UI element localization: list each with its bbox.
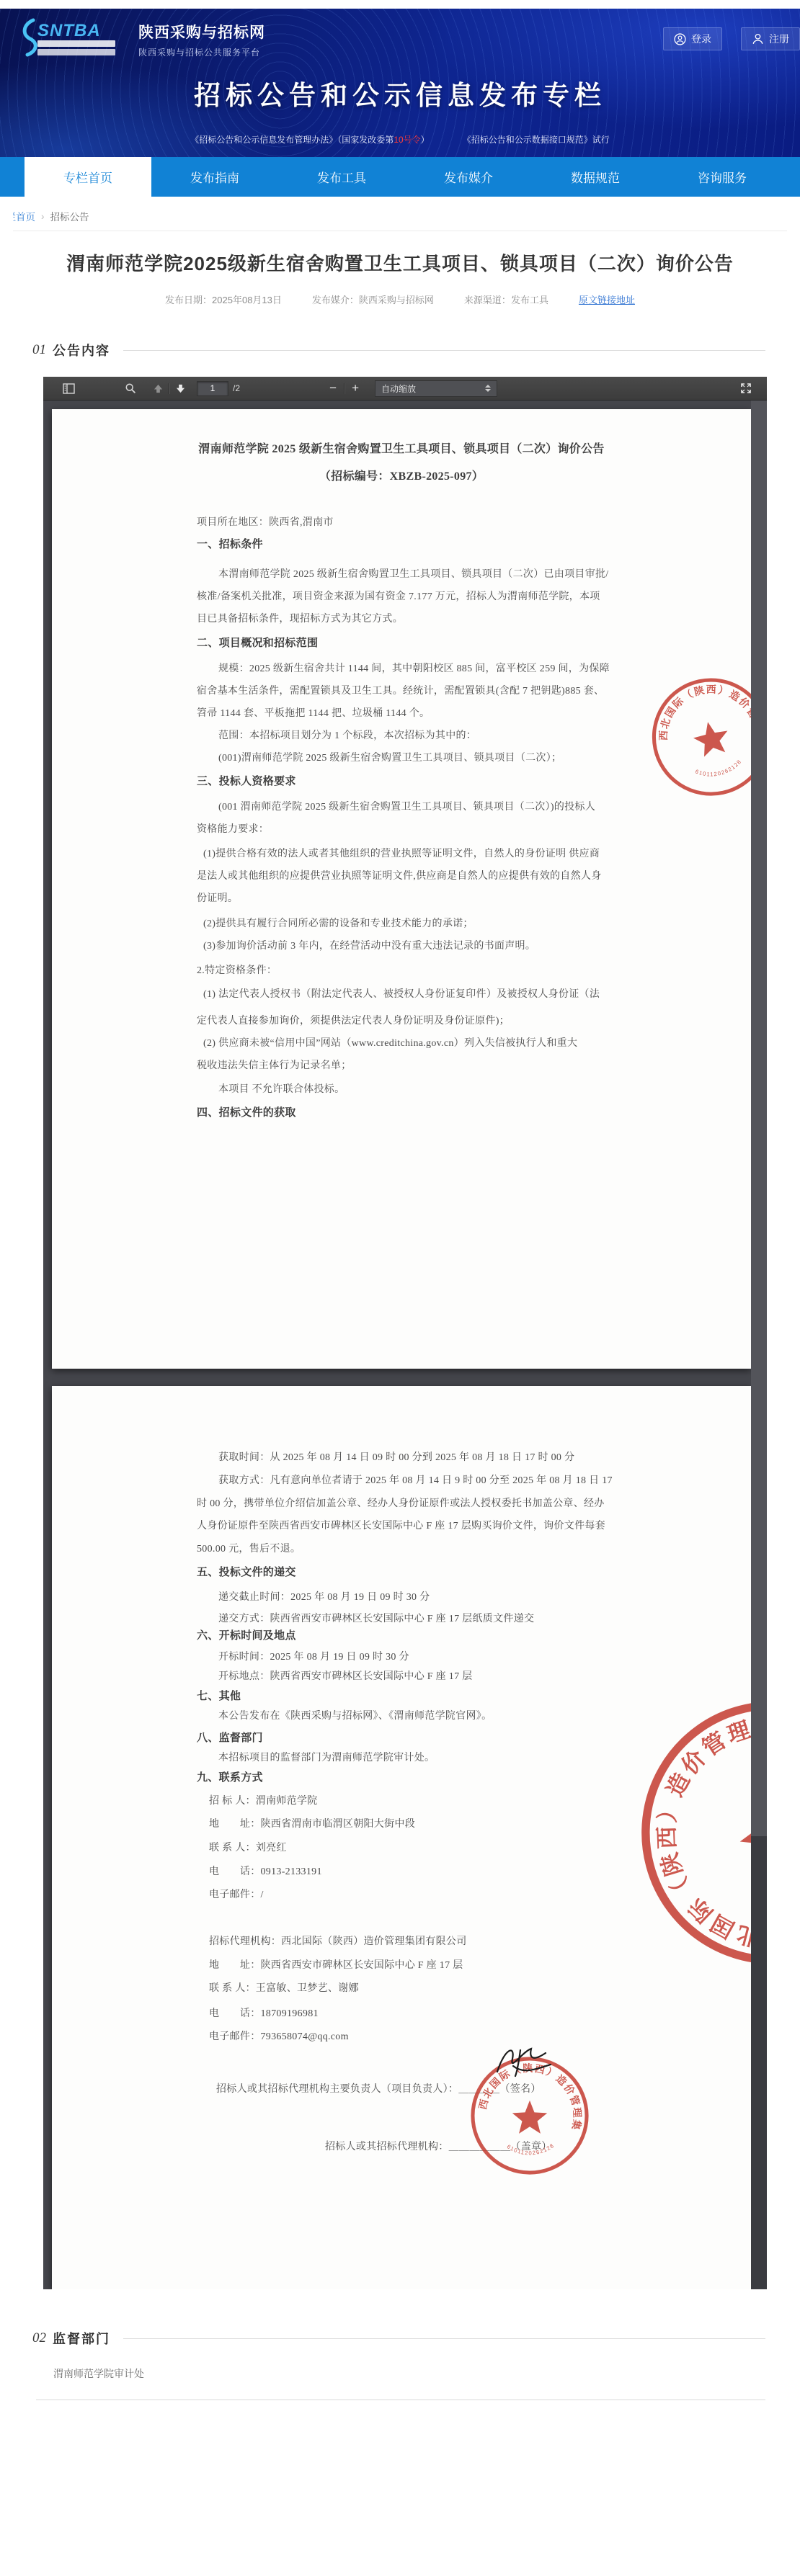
section-announcement-content: 01 公告内容 (32, 341, 800, 359)
top-white-strip (0, 0, 800, 9)
site-subtitle: 陕西采购与招标公共服务平台 (138, 46, 265, 58)
doc-line: 电 话：0913-2133191 (209, 1861, 751, 1882)
doc-line: 地 址：陕西省渭南市临渭区朝阳大街中段 (209, 1814, 751, 1835)
login-button[interactable]: 登录 (663, 27, 722, 50)
main-nav: 专栏首页发布指南发布工具发布媒介数据规范咨询服务 (0, 157, 800, 197)
doc-line: (2) 供应商未被“信用中国”网站（www.creditchina.gov.cn… (203, 1032, 751, 1055)
supervision-department-value: 渭南师范学院审计处 (53, 2366, 800, 2381)
nav-item-专栏首页[interactable]: 专栏首页 (25, 157, 151, 197)
scrollbar-thumb[interactable] (751, 401, 767, 1836)
banner-link-data-interface-spec[interactable]: 《招标公告和公示数据接口规范》试行 (463, 133, 610, 146)
pdf-page-2: 获取时间：从 2025 年 08 月 14 日 09 时 00 分到 2025 … (52, 1386, 751, 2289)
select-carets-icon (485, 385, 491, 392)
section-rule (123, 2338, 765, 2339)
logo-graphic-icon: SNTBA (20, 17, 134, 59)
page-number-input[interactable]: 1 (197, 381, 228, 396)
section-title: 监督部门 (53, 2329, 110, 2348)
bottom-divider (36, 2400, 765, 2400)
breadcrumb-current: 招标公告 (50, 209, 89, 223)
doc-line: 招标代理机构：西北国际（陕西）造价管理集团有限公司 (209, 1931, 751, 1952)
nav-item-数据规范[interactable]: 数据规范 (532, 157, 659, 197)
doc-line: (001)渭南师范学院 2025 级新生宿舍购置卫生工具项目、锁具项目（二次）； (218, 747, 751, 769)
breadcrumb: 专栏首页 › 招标公告 (13, 209, 800, 223)
doc-line: 规模：2025 级新生宿舍共计 1144 间，其中朝阳校区 885 间，富平校区… (218, 658, 751, 680)
doc-line: 人身份证原件至陕西省西安市碑林区长安国际中心 F 座 17 层购买询价文件，询价… (197, 1516, 751, 1537)
doc-line: 二、项目概况和招标范围 (197, 632, 751, 655)
page-count: /2 (233, 383, 240, 393)
doc-line: 500.00 元，售后不退。 (197, 1539, 751, 1560)
nav-item-咨询服务[interactable]: 咨询服务 (659, 157, 786, 197)
section-rule (123, 350, 765, 351)
zoom-in-icon[interactable]: + (347, 380, 363, 396)
doc-line: 核准/备案机关批准，项目资金来源为国有资金 7.177 万元，招标人为渭南师范学… (197, 586, 751, 608)
doc-line: 三、投标人资格要求 (197, 771, 751, 793)
pdf-toolbar: 1 /2 − + 自动缩放 (43, 377, 767, 401)
doc-line: (1)提供合格有效的法人或者其他组织的营业执照等证明文件，自然人的身份证明 供应… (203, 843, 751, 865)
doc-line: 招标人或其招标代理机构：＿＿＿＿＿＿（盖章） (325, 2137, 751, 2157)
site-header: SNTBA 陕西采购与招标网 陕西采购与招标公共服务平台 登录 (0, 9, 800, 157)
doc-line: 招标人或其招标代理机构主要负责人（项目负责人）：＿＿＿＿（签名） (216, 2079, 751, 2100)
doc-line: 电 话：18709196981 (209, 2003, 751, 2024)
source-channel: 来源渠道：发布工具 (464, 292, 548, 306)
section-supervision-department: 02 监督部门 (32, 2329, 800, 2348)
site-name: 陕西采购与招标网 (138, 21, 265, 43)
doc-line: (001 渭南师范学院 2025 级新生宿舍购置卫生工具项目、锁具项目（二次）)… (218, 796, 751, 818)
banner-link-management-measures[interactable]: 《招标公告和公示信息发布管理办法》（国家发改委第10号令） (190, 133, 429, 146)
doc-line: 四、招标文件的获取 (197, 1102, 751, 1124)
doc-line: 联 系 人：刘亮红 (209, 1838, 751, 1859)
doc-line: 招 标 人：渭南师范学院 (209, 1791, 751, 1812)
doc-line: 开标时间：2025 年 08 月 19 日 09 时 30 分 (218, 1647, 751, 1668)
toolbar-divider (344, 383, 345, 394)
doc-line: 2.特定资格条件： (197, 960, 751, 982)
register-person-icon (752, 33, 764, 45)
pdf-viewer: 1 /2 − + 自动缩放 渭南师范学院 2025 级新生宿舍购置卫生工具项目、… (43, 377, 767, 2289)
doc-line: 获取方式：凡有意向单位者请于 2025 年 08 月 14 日 9 时 00 分… (218, 1470, 751, 1491)
doc-line: 范围：本招标项目划分为 1 个标段，本次招标为其中的： (218, 725, 751, 747)
doc-line: 地 址：陕西省西安市碑林区长安国际中心 F 座 17 层 (209, 1955, 751, 1976)
doc-page2-lines: 获取时间：从 2025 年 08 月 14 日 09 时 00 分到 2025 … (52, 1447, 751, 2157)
publish-date: 发布日期：2025年08月13日 (165, 292, 282, 306)
doc-line: (3)参加询价活动前 3 年内，在经营活动中没有重大违法记录的书面声明。 (203, 935, 751, 957)
origin-link[interactable]: 原文链接地址 (579, 292, 635, 306)
sidebar-toggle-icon[interactable] (61, 380, 76, 396)
article-meta: 发布日期：2025年08月13日 发布媒介：陕西采购与招标网 来源渠道：发布工具… (0, 292, 800, 306)
doc-line: 九、联系方式 (197, 1768, 751, 1789)
doc-line: 目已具备招标条件，现招标方式为其它方式。 (197, 608, 751, 630)
doc-line: 递交截止时间：2025 年 08 月 19 日 09 时 30 分 (218, 1587, 751, 1608)
doc-line: 笤帚 1144 套、平板拖把 1144 把、垃圾桶 1144 个。 (197, 702, 751, 725)
toolbar-divider (169, 383, 169, 394)
zoom-out-icon[interactable]: − (325, 380, 341, 396)
doc-line: 五、投标文件的递交 (197, 1562, 751, 1583)
breadcrumb-home-link[interactable]: 专栏首页 (13, 209, 35, 223)
doc-line: 项目所在地区：陕西省,渭南市 (197, 511, 751, 534)
doc-line: 联 系 人：王富敏、卫梦艺、谢娜 (209, 1978, 751, 1999)
doc-line: 本公告发布在《陕西采购与招标网》、《渭南师范学院官网》。 (218, 1706, 751, 1727)
site-logo[interactable]: SNTBA 陕西采购与招标网 陕西采购与招标公共服务平台 (20, 17, 265, 59)
section-number: 02 (32, 2330, 46, 2346)
doc-line: 八、监督部门 (197, 1728, 751, 1749)
section-title: 公告内容 (53, 341, 110, 359)
login-person-circle-icon (674, 33, 686, 45)
nav-item-发布工具[interactable]: 发布工具 (278, 157, 405, 197)
banner-title: 招标公告和公示信息发布专栏 (0, 73, 800, 112)
doc-line: 税收违法失信主体行为记录名单； (197, 1055, 751, 1077)
pdf-page-1: 渭南师范学院 2025 级新生宿舍购置卫生工具项目、锁具项目（二次）询价公告（招… (52, 409, 751, 1369)
page-title: 渭南师范学院2025级新生宿舍购置卫生工具项目、锁具项目（二次）询价公告 (29, 249, 771, 276)
doc-line: 七、其他 (197, 1686, 751, 1707)
doc-line: 开标地点：陕西省西安市碑林区长安国际中心 F 座 17 层 (218, 1666, 751, 1687)
svg-text:SNTBA: SNTBA (37, 21, 101, 40)
zoom-mode-select[interactable]: 自动缩放 (375, 380, 497, 397)
publish-media: 发布媒介：陕西采购与招标网 (312, 292, 434, 306)
search-icon[interactable] (123, 380, 138, 396)
doc-line: 本渭南师范学院 2025 级新生宿舍购置卫生工具项目、锁具项目（二次）已由项目审… (218, 563, 751, 586)
doc-line: 渭南师范学院 2025 级新生宿舍购置卫生工具项目、锁具项目（二次）询价公告 (52, 437, 751, 462)
previous-page-icon[interactable] (150, 380, 166, 396)
fullscreen-icon[interactable] (738, 380, 754, 396)
doc-line: 是法人或其他组织的应提供营业执照等证明文件,供应商是自然人的应提供有效的自然人身 (197, 865, 751, 887)
doc-line: 宿舍基本生活条件，需配置锁具及卫生工具。经统计，需配置锁具(含配 7 把钥匙)8… (197, 680, 751, 702)
breadcrumb-divider (13, 231, 787, 231)
doc-line: 电子邮件：793658074@qq.com (209, 2026, 751, 2047)
doc-line: （招标编号：XBZB-2025-097） (52, 464, 751, 490)
next-page-icon[interactable] (172, 380, 188, 396)
doc-line: (2)提供具有履行合同所必需的设备和专业技术能力的承诺； (203, 913, 751, 935)
doc-line: 时 00 分，携带单位介绍信加盖公章、经办人身份证原件或法人授权委托书加盖公章、… (197, 1493, 751, 1514)
doc-line: 电子邮件：/ (209, 1884, 751, 1905)
doc-line: 本项目 不允许联合体投标。 (218, 1078, 751, 1101)
doc-line: (1) 法定代表人授权书（附法定代表人、被授权人身份证复印件）及被授权人身份证（… (203, 983, 751, 1006)
doc-line: 资格能力要求： (197, 818, 751, 841)
register-button[interactable]: 注册 (741, 27, 800, 50)
doc-line: 一、招标条件 (197, 534, 751, 556)
nav-item-发布指南[interactable]: 发布指南 (151, 157, 278, 197)
doc-page1-lines: 渭南师范学院 2025 级新生宿舍购置卫生工具项目、锁具项目（二次）询价公告（招… (52, 437, 751, 1124)
section-number: 01 (32, 342, 46, 358)
doc-line: 份证明。 (197, 887, 751, 910)
pdf-canvas-area: 渭南师范学院 2025 级新生宿舍购置卫生工具项目、锁具项目（二次）询价公告（招… (43, 401, 767, 2289)
breadcrumb-separator: › (41, 211, 45, 222)
nav-item-发布媒介[interactable]: 发布媒介 (405, 157, 532, 197)
pdf-scrollbar[interactable] (751, 401, 767, 2289)
doc-line: 定代表人直接参加询价，须提供法定代表人身份证明及身份证原件)； (197, 1010, 751, 1032)
doc-line: 本招标项目的监督部门为渭南师范学院审计处。 (218, 1748, 751, 1768)
doc-line: 获取时间：从 2025 年 08 月 14 日 09 时 00 分到 2025 … (218, 1447, 751, 1468)
